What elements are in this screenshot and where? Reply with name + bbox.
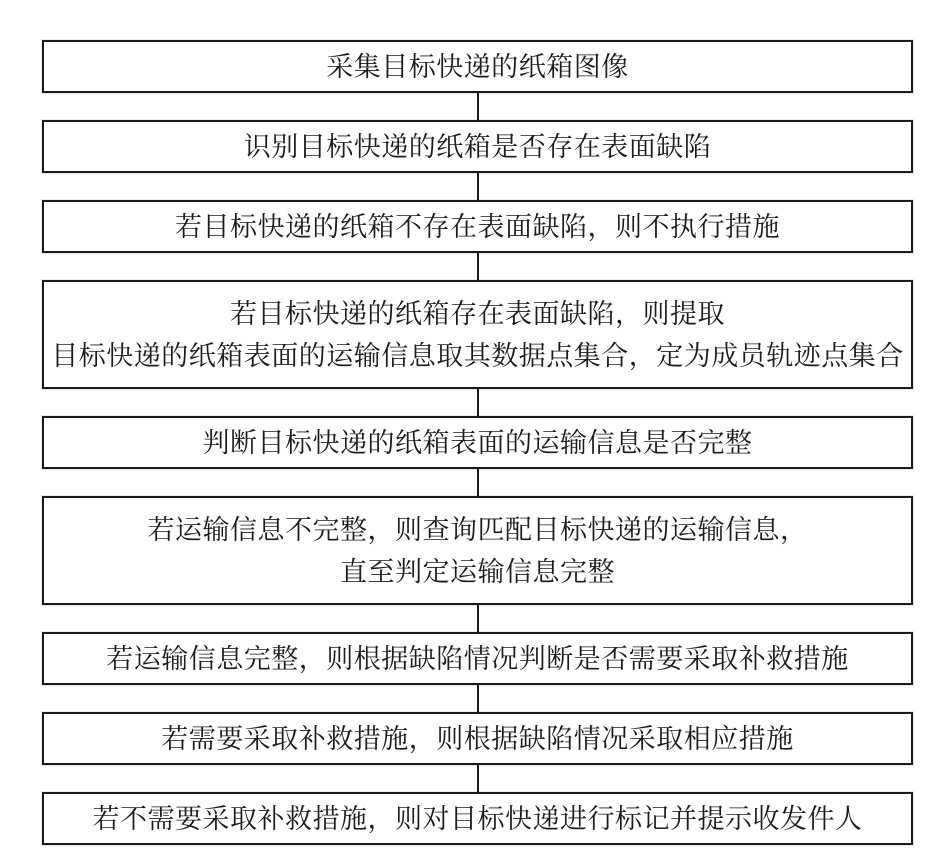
step-defect-extract-track-points: 若目标快递的纸箱存在表面缺陷，则提取 目标快递的纸箱表面的运输信息取其数据点集合… — [42, 280, 913, 389]
step-text-line: 若目标快递的纸箱存在表面缺陷，则提取 — [230, 293, 725, 335]
step-text-line: 直至判定运输信息完整 — [340, 551, 615, 593]
step-text-line: 采集目标快递的纸箱图像 — [326, 46, 629, 88]
step-text-line: 判断目标快递的纸箱表面的运输信息是否完整 — [203, 422, 753, 464]
flowchart: 采集目标快递的纸箱图像 识别目标快递的纸箱是否存在表面缺陷 若目标快递的纸箱不存… — [42, 40, 913, 845]
step-text-line: 若不需要采取补救措施，则对目标快递进行标记并提示收发件人 — [93, 798, 863, 840]
step-text-line: 若运输信息不完整，则查询匹配目标快递的运输信息， — [148, 509, 808, 551]
step-text-line: 若目标快递的纸箱不存在表面缺陷，则不执行措施 — [175, 206, 780, 248]
connector-line — [477, 389, 479, 416]
step-text-line: 若需要采取补救措施，则根据缺陷情况采取相应措施 — [161, 718, 794, 760]
step-identify-surface-defect: 识别目标快递的纸箱是否存在表面缺陷 — [42, 120, 913, 173]
step-text-line: 目标快递的纸箱表面的运输信息取其数据点集合，定为成员轨迹点集合 — [51, 335, 904, 377]
step-text-line: 识别目标快递的纸箱是否存在表面缺陷 — [244, 126, 712, 168]
step-capture-carton-image: 采集目标快递的纸箱图像 — [42, 40, 913, 93]
step-query-match-transport-info: 若运输信息不完整，则查询匹配目标快递的运输信息， 直至判定运输信息完整 — [42, 496, 913, 605]
step-text-line: 若运输信息完整，则根据缺陷情况判断是否需要采取补救措施 — [106, 638, 849, 680]
connector-line — [477, 93, 479, 120]
step-need-remedy-take-measures: 若需要采取补救措施，则根据缺陷情况采取相应措施 — [42, 712, 913, 765]
connector-line — [477, 253, 479, 280]
connector-line — [477, 765, 479, 792]
connector-line — [477, 685, 479, 712]
connector-line — [477, 173, 479, 200]
step-no-defect-no-action: 若目标快递的纸箱不存在表面缺陷，则不执行措施 — [42, 200, 913, 253]
step-complete-judge-remedy-needed: 若运输信息完整，则根据缺陷情况判断是否需要采取补救措施 — [42, 632, 913, 685]
connector-line — [477, 469, 479, 496]
step-no-remedy-mark-and-notify: 若不需要采取补救措施，则对目标快递进行标记并提示收发件人 — [42, 792, 913, 845]
connector-line — [477, 605, 479, 632]
step-judge-transport-info-complete: 判断目标快递的纸箱表面的运输信息是否完整 — [42, 416, 913, 469]
